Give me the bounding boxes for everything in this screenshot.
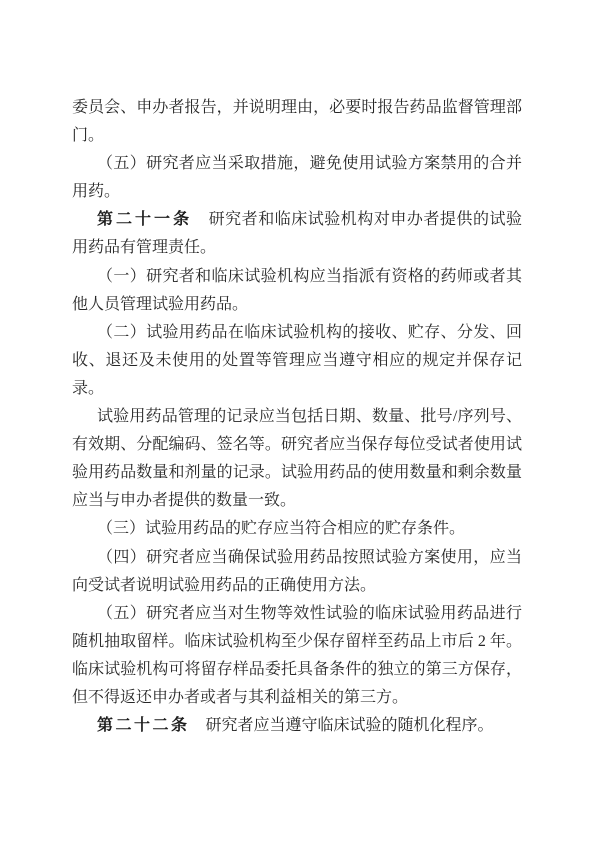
paragraph: 第二十一条 研究者和临床试验机构对申办者提供的试验用药品有管理责任。 <box>72 206 522 262</box>
text-line: 但不得返还申办者或者与其利益相关的第三方。 <box>72 684 522 712</box>
text-line: 用药品有管理责任。 <box>72 234 522 262</box>
text-line: 试验用药品管理的记录应当包括日期、数量、批号/序列号、 <box>72 403 522 431</box>
text-line: 用药。 <box>72 178 522 206</box>
document-page: 委员会、申办者报告，并说明理由，必要时报告药品监督管理部门。（五）研究者应当采取… <box>0 0 595 841</box>
text-line: （三）试验用药品的贮存应当符合相应的贮存条件。 <box>72 515 522 543</box>
text-line: 随机抽取留样。临床试验机构至少保存留样至药品上市后 2 年。 <box>72 628 522 656</box>
line-text: 向受试者说明试验用药品的正确使用方法。 <box>72 577 376 594</box>
line-text: 研究者应当遵守临床试验的随机化程序。 <box>190 717 494 734</box>
line-text: 委员会、申办者报告，并说明理由，必要时报告药品监督管理部 <box>72 99 522 116</box>
text-line: 收、退还及未使用的处置等管理应当遵守相应的规定并保存记 <box>72 347 522 375</box>
text-line: 第二十一条 研究者和临床试验机构对申办者提供的试验 <box>72 206 522 234</box>
line-text: （一）研究者和临床试验机构应当指派有资格的药师或者其 <box>97 268 522 285</box>
text-line: 他人员管理试验用药品。 <box>72 291 522 319</box>
paragraph: （五）研究者应当采取措施，避免使用试验方案禁用的合并用药。 <box>72 150 522 206</box>
line-text: （三）试验用药品的贮存应当符合相应的贮存条件。 <box>97 520 465 537</box>
text-line: 第二十二条 研究者应当遵守临床试验的随机化程序。 <box>72 712 522 740</box>
line-text: 临床试验机构可将留存样品委托具备条件的独立的第三方保存， <box>72 661 522 678</box>
line-text: （五）研究者应当对生物等效性试验的临床试验用药品进行 <box>97 605 522 622</box>
line-text: 他人员管理试验用药品。 <box>72 296 248 313</box>
text-line: 委员会、申办者报告，并说明理由，必要时报告药品监督管理部 <box>72 94 522 122</box>
paragraph: （三）试验用药品的贮存应当符合相应的贮存条件。 <box>72 515 522 543</box>
line-text: （四）研究者应当确保试验用药品按照试验方案使用，应当 <box>97 549 522 566</box>
line-text: （二）试验用药品在临床试验机构的接收、贮存、分发、回 <box>97 324 522 341</box>
text-line: 应当与申办者提供的数量一致。 <box>72 487 522 515</box>
text-line: （五）研究者应当对生物等效性试验的临床试验用药品进行 <box>72 600 522 628</box>
paragraph: （四）研究者应当确保试验用药品按照试验方案使用，应当向受试者说明试验用药品的正确… <box>72 544 522 600</box>
text-line: 临床试验机构可将留存样品委托具备条件的独立的第三方保存， <box>72 656 522 684</box>
line-text: 收、退还及未使用的处置等管理应当遵守相应的规定并保存记 <box>72 352 522 369</box>
line-text: 研究者和临床试验机构对申办者提供的试验 <box>192 211 522 228</box>
line-text: 用药。 <box>72 183 120 200</box>
line-text: 随机抽取留样。临床试验机构至少保存留样至药品上市后 2 年。 <box>72 633 522 650</box>
document-body: 委员会、申办者报告，并说明理由，必要时报告药品监督管理部门。（五）研究者应当采取… <box>72 94 522 740</box>
text-line: 验用药品数量和剂量的记录。试验用药品的使用数量和剩余数量 <box>72 459 522 487</box>
article-number: 第二十二条 <box>97 717 190 734</box>
paragraph: （五）研究者应当对生物等效性试验的临床试验用药品进行随机抽取留样。临床试验机构至… <box>72 600 522 712</box>
paragraph: （二）试验用药品在临床试验机构的接收、贮存、分发、回收、退还及未使用的处置等管理… <box>72 319 522 403</box>
text-line: （五）研究者应当采取措施，避免使用试验方案禁用的合并 <box>72 150 522 178</box>
line-text: 用药品有管理责任。 <box>72 239 216 256</box>
line-text: 但不得返还申办者或者与其利益相关的第三方。 <box>72 689 408 706</box>
paragraph: 第二十二条 研究者应当遵守临床试验的随机化程序。 <box>72 712 522 740</box>
line-text: 应当与申办者提供的数量一致。 <box>72 492 296 509</box>
text-line: 门。 <box>72 122 522 150</box>
line-text: 试验用药品管理的记录应当包括日期、数量、批号/序列号、 <box>97 408 522 425</box>
text-line: （二）试验用药品在临床试验机构的接收、贮存、分发、回 <box>72 319 522 347</box>
paragraph: （一）研究者和临床试验机构应当指派有资格的药师或者其他人员管理试验用药品。 <box>72 263 522 319</box>
text-line: 录。 <box>72 375 522 403</box>
text-line: （一）研究者和临床试验机构应当指派有资格的药师或者其 <box>72 263 522 291</box>
paragraph: 试验用药品管理的记录应当包括日期、数量、批号/序列号、有效期、分配编码、签名等。… <box>72 403 522 515</box>
article-number: 第二十一条 <box>97 211 192 228</box>
text-line: 向受试者说明试验用药品的正确使用方法。 <box>72 572 522 600</box>
line-text: 门。 <box>72 127 104 144</box>
line-text: 验用药品数量和剂量的记录。试验用药品的使用数量和剩余数量 <box>72 464 522 481</box>
line-text: 有效期、分配编码、签名等。研究者应当保存每位受试者使用试 <box>72 436 522 453</box>
line-text: 录。 <box>72 380 104 397</box>
text-line: 有效期、分配编码、签名等。研究者应当保存每位受试者使用试 <box>72 431 522 459</box>
text-line: （四）研究者应当确保试验用药品按照试验方案使用，应当 <box>72 544 522 572</box>
paragraph: 委员会、申办者报告，并说明理由，必要时报告药品监督管理部门。 <box>72 94 522 150</box>
line-text: （五）研究者应当采取措施，避免使用试验方案禁用的合并 <box>97 155 522 172</box>
